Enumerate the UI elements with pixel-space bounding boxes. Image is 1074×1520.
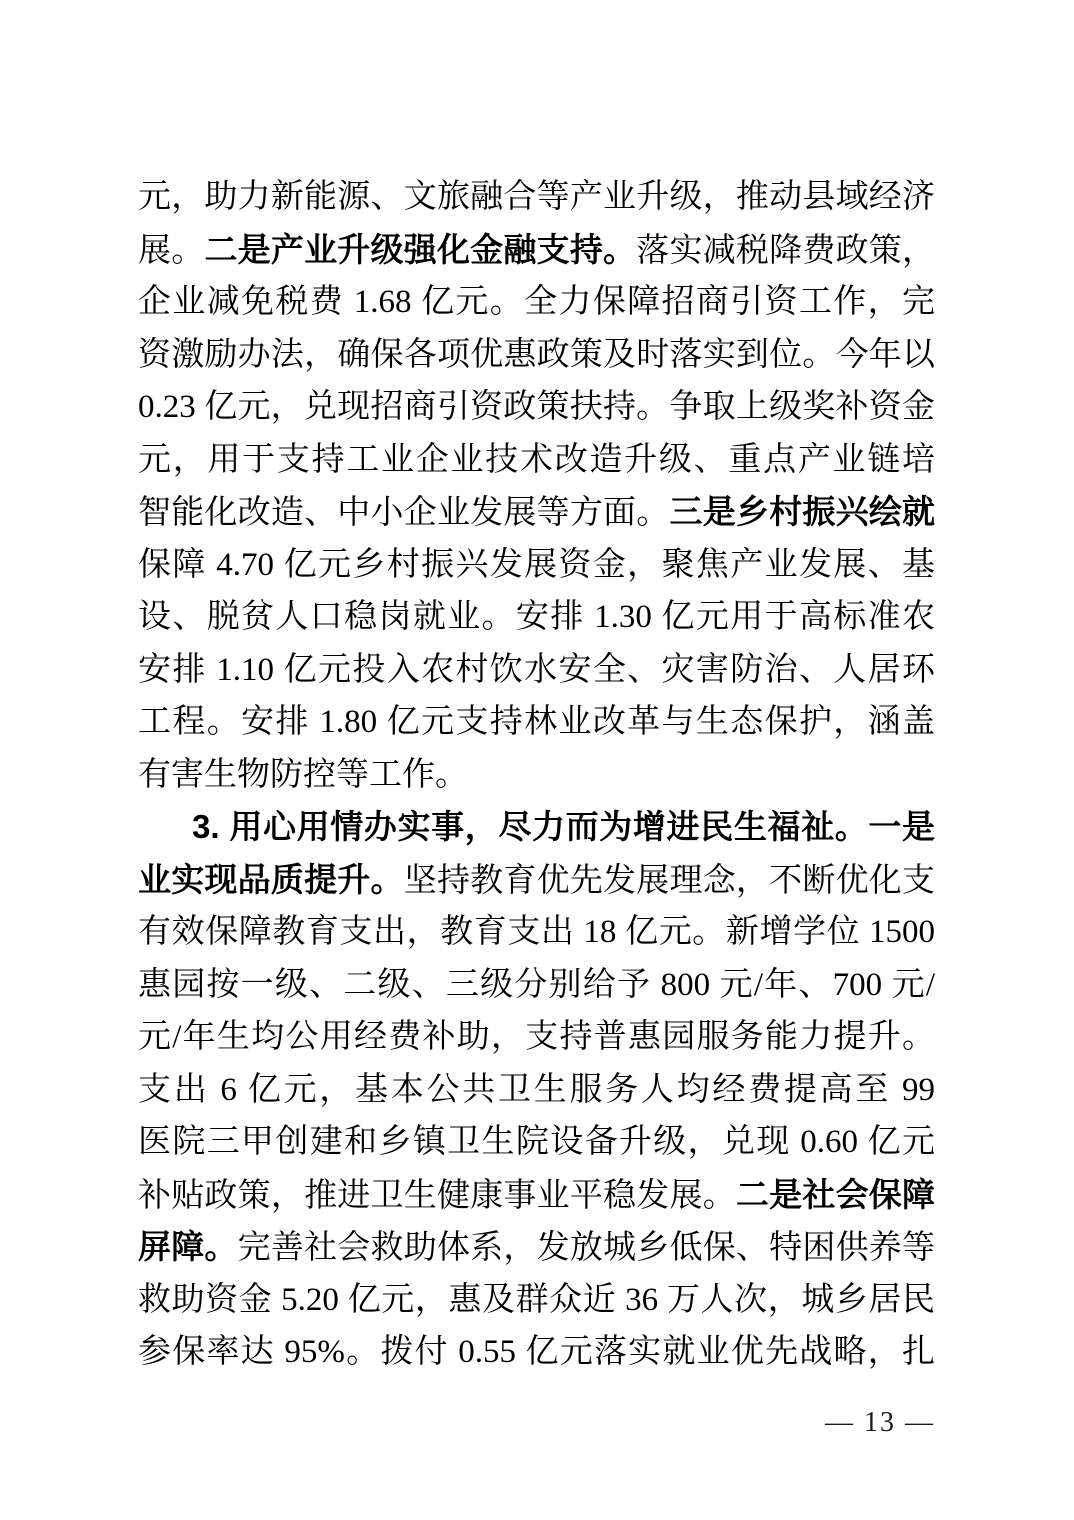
- body-text: 元，助力新能源、文旅融合等产业升级，推动县域经济高质量发展。二是产业升级强化金融…: [138, 171, 935, 1379]
- text-segment: 惠园按一级、二级、三级分别给予 800 元/年、700 元/年、600: [138, 967, 935, 1012]
- text-segment: 设、脱贫人口稳岗就业。安排 1.30 亿元用于高标准农田建设。: [138, 599, 935, 644]
- text-line: 救助资金 5.20 亿元，惠及群众近 36 万人次，城乡居民养老保险: [138, 1274, 935, 1327]
- text-line: 元，用于支持工业企业技术改造升级、重点产业链培育、数字化: [138, 434, 935, 487]
- text-line: 屏障。完善社会救助体系，发放城乡低保、特困供养等困难群众: [138, 1221, 935, 1274]
- page-number: — 13 —: [825, 1406, 935, 1440]
- text-line: 惠园按一级、二级、三级分别给予 800 元/年、700 元/年、600: [138, 959, 935, 1012]
- bold-text-segment: 3. 用心用情办实事，尽力而为增进民生福祉。一是社会事: [192, 808, 935, 854]
- text-line: 业实现品质提升。坚持教育优先发展理念，不断优化支出结构，: [138, 854, 935, 907]
- text-segment: 企业减免税费 1.68 亿元。全力保障招商引资工作，完善招商引: [138, 284, 935, 329]
- text-line: 工程。安排 1.80 亿元支持林业改革与生态保护，涵盖国土绿化、: [138, 696, 935, 749]
- text-segment: 参保率达 95%。拨付 0.55 亿元落实就业优先战略，扎实推进脱: [138, 1334, 935, 1379]
- text-line: 医院三甲创建和乡镇卫生院设备升级，兑现 0.60 亿元落实育儿: [138, 1116, 935, 1169]
- text-line: 3. 用心用情办实事，尽力而为增进民生福祉。一是社会事: [138, 801, 935, 854]
- text-segment: 医院三甲创建和乡镇卫生院设备升级，兑现 0.60 亿元落实育儿: [138, 1124, 935, 1169]
- text-line: 元，助力新能源、文旅融合等产业升级，推动县域经济高质量发: [138, 171, 935, 224]
- text-segment: 支出 6 亿元，基本公共卫生服务人均经费提高至 99 元，支持县: [138, 1072, 935, 1117]
- text-line: 0.23 亿元，兑现招商引资政策扶持。争取上级奖补资金 0.15 亿: [138, 381, 935, 434]
- text-line: 有效保障教育支出，教育支出 18 亿元。新增学位 1500 个，对普: [138, 906, 935, 959]
- text-line: 保障 4.70 亿元乡村振兴发展资金，聚焦产业发展、基础设施建: [138, 539, 935, 592]
- text-line: 企业减免税费 1.68 亿元。全力保障招商引资工作，完善招商引: [138, 276, 935, 329]
- text-segment: 元，用于支持工业企业技术改造升级、重点产业链培育、数字化: [138, 442, 935, 487]
- text-line: 补贴政策，推进卫生健康事业平稳发展。二是社会保障构筑安全: [138, 1169, 935, 1222]
- text-segment: 工程。安排 1.80 亿元支持林业改革与生态保护，涵盖国土绿化、: [138, 704, 935, 749]
- text-segment: 展。: [138, 233, 204, 269]
- text-segment: 保障 4.70 亿元乡村振兴发展资金，聚焦产业发展、基础设施建: [138, 547, 935, 592]
- text-line: 有害生物防控等工作。: [138, 749, 935, 802]
- text-segment: 0.23 亿元，兑现招商引资政策扶持。争取上级奖补资金 0.15 亿: [138, 389, 935, 434]
- text-segment: 资激励办法，确保各项优惠政策及时落实到位。今年以来落实: [138, 337, 935, 382]
- text-line: 安排 1.10 亿元投入农村饮水安全、灾害防治、人居环境等民生: [138, 644, 935, 697]
- text-line: 设、脱贫人口稳岗就业。安排 1.30 亿元用于高标准农田建设。: [138, 591, 935, 644]
- text-segment: 安排 1.10 亿元投入农村饮水安全、灾害防治、人居环境等民生: [138, 652, 935, 697]
- text-segment: 元/年生均公用经费补助，支持普惠园服务能力提升。卫生健康: [138, 1019, 935, 1064]
- text-segment: 元，助力新能源、文旅融合等产业升级，推动县域经济高质量发: [138, 179, 935, 224]
- text-line: 展。二是产业升级强化金融支持。落实减税降费政策，为中小微: [138, 224, 935, 277]
- text-segment: 有害生物防控等工作。: [138, 757, 468, 793]
- text-segment: 补贴政策，推进卫生健康事业平稳发展。: [138, 1178, 736, 1214]
- text-line: 元/年生均公用经费补助，支持普惠园服务能力提升。卫生健康: [138, 1011, 935, 1064]
- text-segment: 智能化改造、中小企业发展等方面。: [138, 495, 669, 531]
- text-line: 支出 6 亿元，基本公共卫生服务人均经费提高至 99 元，支持县: [138, 1064, 935, 1117]
- text-segment: 完善社会救助体系，发放城乡低保、特困供养等困难群众: [138, 1230, 935, 1274]
- document-page: 元，助力新能源、文旅融合等产业升级，推动县域经济高质量发展。二是产业升级强化金融…: [0, 0, 1074, 1520]
- text-line: 参保率达 95%。拨付 0.55 亿元落实就业优先战略，扎实推进脱: [138, 1326, 935, 1379]
- text-segment: 有效保障教育支出，教育支出 18 亿元。新增学位 1500 个，对普: [138, 914, 935, 959]
- bold-text-segment: 二是产业升级强化金融支持。: [204, 231, 636, 268]
- text-segment: 救助资金 5.20 亿元，惠及群众近 36 万人次，城乡居民养老保险: [138, 1282, 935, 1327]
- bold-text-segment: 屏障。: [138, 1228, 238, 1265]
- text-line: 智能化改造、中小企业发展等方面。三是乡村振兴绘就共富图景。: [138, 486, 935, 539]
- text-line: 资激励办法，确保各项优惠政策及时落实到位。今年以来落实: [138, 329, 935, 382]
- bold-text-segment: 业实现品质提升。: [138, 861, 404, 898]
